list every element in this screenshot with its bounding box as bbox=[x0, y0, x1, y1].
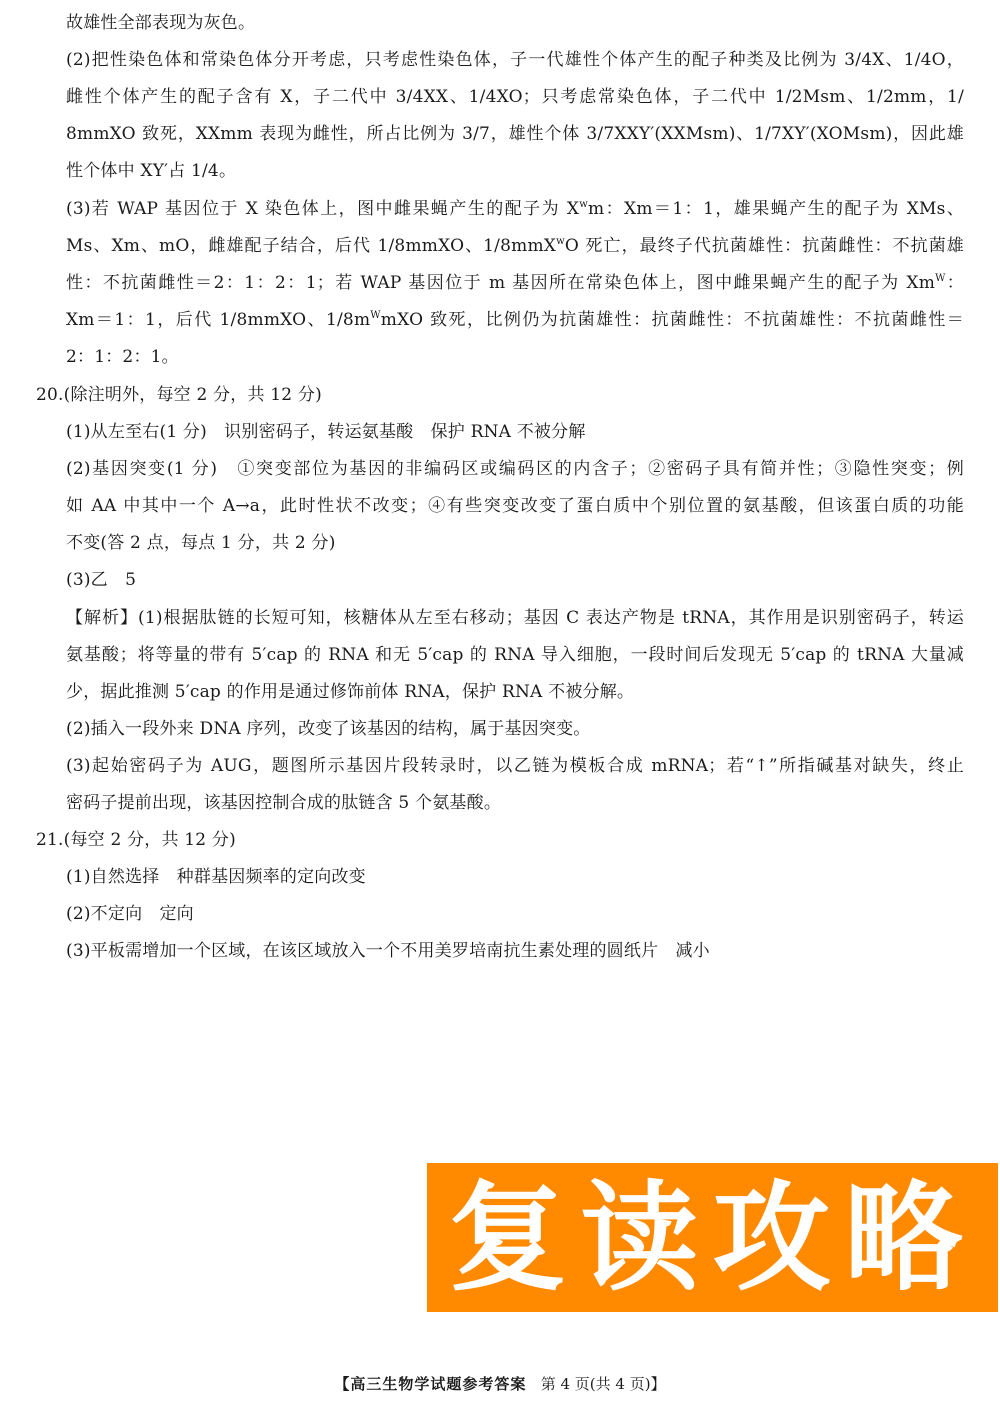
footer-page-number: 第 4 页(共 4 页)】 bbox=[541, 1375, 666, 1393]
q19-part2-line: 性个体中 XY′占 1/4。 bbox=[66, 160, 964, 182]
q19-part3-line: Ms、Xm、mO，雌雄配子结合，后代 1/8mmXO、1/8mmXwO 死亡，最… bbox=[66, 235, 964, 257]
q20-analysis-line: (2)插入一段外来 DNA 序列，改变了该基因的结构，属于基因突变。 bbox=[66, 718, 964, 740]
q20-answer-2: (2)基因突变(1 分) ①突变部位为基因的非编码区或编码区的内含子；②密码子具… bbox=[66, 458, 964, 480]
q19-part2-line: (2)把性染色体和常染色体分开考虑，只考虑性染色体，子一代雄性个体产生的配子种类… bbox=[66, 49, 964, 71]
q19-part3-line: (3)若 WAP 基因位于 X 染色体上，图中雌果蝇产生的配子为 Xwm：Xm＝… bbox=[66, 198, 964, 220]
q21-answer-3: (3)平板需增加一个区域，在该区域放入一个不用美罗培南抗生素处理的圆纸片 减小 bbox=[66, 940, 964, 962]
q21-answer-1: (1)自然选择 种群基因频率的定向改变 bbox=[66, 866, 964, 888]
q20-analysis-line: 密码子提前出现，该基因控制合成的肽链含 5 个氨基酸。 bbox=[66, 792, 964, 814]
q20-header: 20.(除注明外，每空 2 分，共 12 分) bbox=[36, 384, 964, 406]
watermark-banner: 复读攻略 bbox=[427, 1163, 998, 1312]
q20-analysis-line: 【解析】(1)根据肽链的长短可知，核糖体从左至右移动；基因 C 表达产物是 tR… bbox=[66, 607, 964, 629]
q20-answer-2: 如 AA 中其中一个 A→a，此时性状不改变；④有些突变改变了蛋白质中个别位置的… bbox=[66, 495, 964, 517]
q20-analysis-line: 氨基酸；将等量的带有 5′cap 的 RNA 和无 5′cap 的 RNA 导入… bbox=[66, 644, 964, 666]
watermark-text: 复读攻略 bbox=[448, 1179, 976, 1297]
q20-answer-3: (3)乙 5 bbox=[66, 569, 964, 591]
q20-analysis-line: 少，据此推测 5′cap 的作用是通过修饰前体 RNA，保护 RNA 不被分解。 bbox=[66, 681, 964, 703]
q20-answer-2: 不变(答 2 点，每点 1 分，共 2 分) bbox=[66, 532, 964, 554]
q20-answer-1: (1)从左至右(1 分) 识别密码子，转运氨基酸 保护 RNA 不被分解 bbox=[66, 421, 964, 443]
q19-part2-line: 雌性个体产生的配子含有 X，子二代中 3/4XX、1/4XO；只考虑常染色体，子… bbox=[66, 86, 964, 108]
page-footer: 【高三生物学试题参考答案 第 4 页(共 4 页)】 bbox=[0, 1374, 1000, 1394]
answer-key-page: 故雄性全部表现为灰色。 (2)把性染色体和常染色体分开考虑，只考虑性染色体，子一… bbox=[0, 0, 1000, 1407]
q19-part3-line: 2：1：2：1。 bbox=[66, 346, 964, 368]
q19-part2-line: 8mmXO 致死，XXmm 表现为雌性，所占比例为 3/7，雄性个体 3/7XX… bbox=[66, 123, 964, 145]
q19-part3-line: Xm＝1：1，后代 1/8mmXO、1/8mWmXO 致死，比例仍为抗菌雄性：抗… bbox=[66, 309, 964, 331]
q19-part3-line: 性：不抗菌雌性＝2：1：2：1；若 WAP 基因位于 m 基因所在常染色体上，图… bbox=[66, 272, 964, 294]
footer-title: 【高三生物学试题参考答案 bbox=[334, 1375, 526, 1393]
q20-analysis-line: (3)起始密码子为 AUG，题图所示基因片段转录时，以乙链为模板合成 mRNA；… bbox=[66, 755, 964, 777]
q21-header: 21.(每空 2 分，共 12 分) bbox=[36, 829, 964, 851]
q19-conclusion-line: 故雄性全部表现为灰色。 bbox=[66, 12, 964, 34]
q21-answer-2: (2)不定向 定向 bbox=[66, 903, 964, 925]
